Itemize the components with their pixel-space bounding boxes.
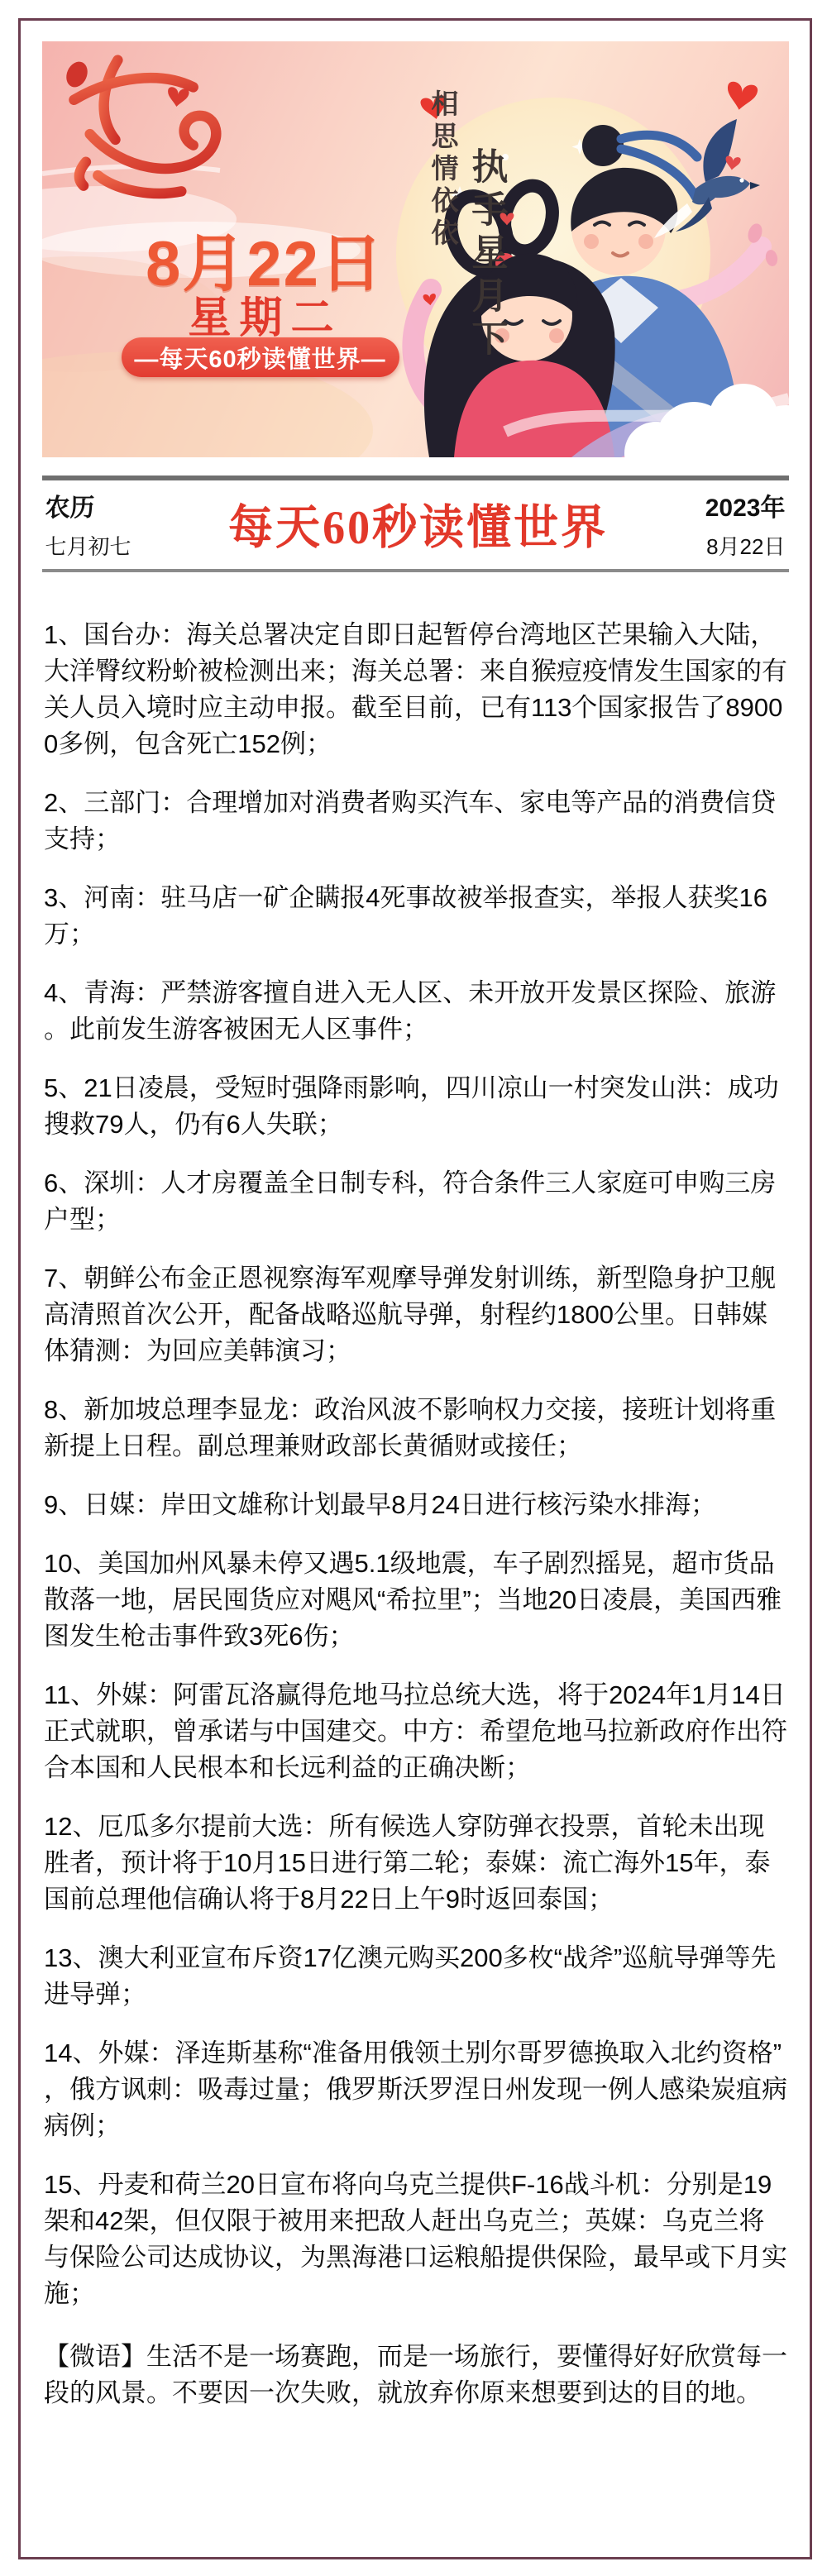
news-item-15: 15、丹麦和荷兰20日宣布将向乌克兰提供F-16战斗机：分别是19架和42架，但… [44, 2167, 788, 2312]
news-item-12: 12、厄瓜多尔提前大选：所有候选人穿防弹衣投票，首轮未出现胜者，预计将于10月1… [44, 1809, 788, 1918]
news-item-9: 9、日媒：岸田文雄称计划最早8月24日进行核污染水排海； [44, 1487, 788, 1523]
banner-vertical-text-left: 相思情依依 [424, 89, 463, 251]
news-item-5: 5、21日凌晨，受短时强降雨影响，四川凉山一村突发山洪：成功搜救79人，仍有6人… [44, 1070, 788, 1143]
news-item-10: 10、美国加州风暴未停又遇5.1级地震，车子剧烈摇晃，超市货品散落一地，居民囤货… [44, 1546, 788, 1655]
news-digest-page: 8月22日 星期二 —每天60秒读懂世界— 相思情依依 执手星月下 农历 七月初… [0, 0, 827, 2576]
news-item-1: 1、国台办：海关总署决定自即日起暂停台湾地区芒果输入大陆，大洋臀纹粉蚧被检测出来… [44, 617, 788, 762]
qixi-festival-logo-icon [42, 41, 249, 211]
banner-vertical-text-right: 执手星月下 [460, 147, 513, 362]
news-item-3: 3、河南：驻马店一矿企瞒报4死事故被举报查实，举报人获奖16万； [44, 880, 788, 953]
news-item-13: 13、澳大利亚宣布斥资17亿澳元购买200多枚“战斧”巡航导弹等先进导弹； [44, 1940, 788, 2013]
divider-bottom [42, 569, 789, 572]
date-label: 8月22日 [706, 530, 785, 561]
news-item-4: 4、青海：严禁游客擅自进入无人区、未开放开发景区探险、旅游。此前发生游客被困无人… [44, 975, 788, 1048]
news-item-8: 8、新加坡总理李显龙：政治风波不影响权力交接，接班计划将重新提上日程。副总理兼财… [44, 1392, 788, 1465]
news-item-6: 6、深圳：人才房覆盖全日制专科，符合条件三人家庭可申购三房户型； [44, 1165, 788, 1238]
banner-weekday: 星期二 [92, 283, 439, 345]
banner-tagline-pill: —每天60秒读懂世界— [122, 337, 399, 377]
header-banner: 8月22日 星期二 —每天60秒读懂世界— 相思情依依 执手星月下 [42, 41, 789, 457]
news-item-11: 11、外媒：阿雷瓦洛赢得危地马拉总统大选，将于2024年1月14日正式就职，曾承… [44, 1677, 788, 1786]
weiyu-quote: 【微语】生活不是一场赛跑，而是一场旅行，要懂得好好欣赏每一段的风景。不要因一次失… [44, 2339, 788, 2411]
lunar-date: 七月初七 [45, 530, 131, 561]
news-list: 1、国台办：海关总署决定自即日起暂停台湾地区芒果输入大陆，大洋臀纹粉蚧被检测出来… [21, 572, 810, 2411]
date-title-bar: 农历 七月初七 每天60秒读懂世界 2023年 8月22日 [42, 476, 789, 572]
lunar-label: 农历 [45, 487, 95, 523]
news-item-7: 7、朝鲜公布金正恩视察海军观摩导弹发射训练，新型隐身护卫舰高清照首次公开，配备战… [44, 1260, 788, 1369]
news-item-14: 14、外媒：泽连斯基称“准备用俄领土别尔哥罗德换取入北约资格”，俄方讽刺：吸毒过… [44, 2035, 788, 2144]
digest-title: 每天60秒读懂世界 [228, 490, 608, 557]
page-border: 8月22日 星期二 —每天60秒读懂世界— 相思情依依 执手星月下 农历 七月初… [18, 18, 812, 2559]
year-label: 2023年 [705, 487, 786, 523]
news-item-2: 2、三部门：合理增加对消费者购买汽车、家电等产品的消费信贷支持； [44, 785, 788, 858]
